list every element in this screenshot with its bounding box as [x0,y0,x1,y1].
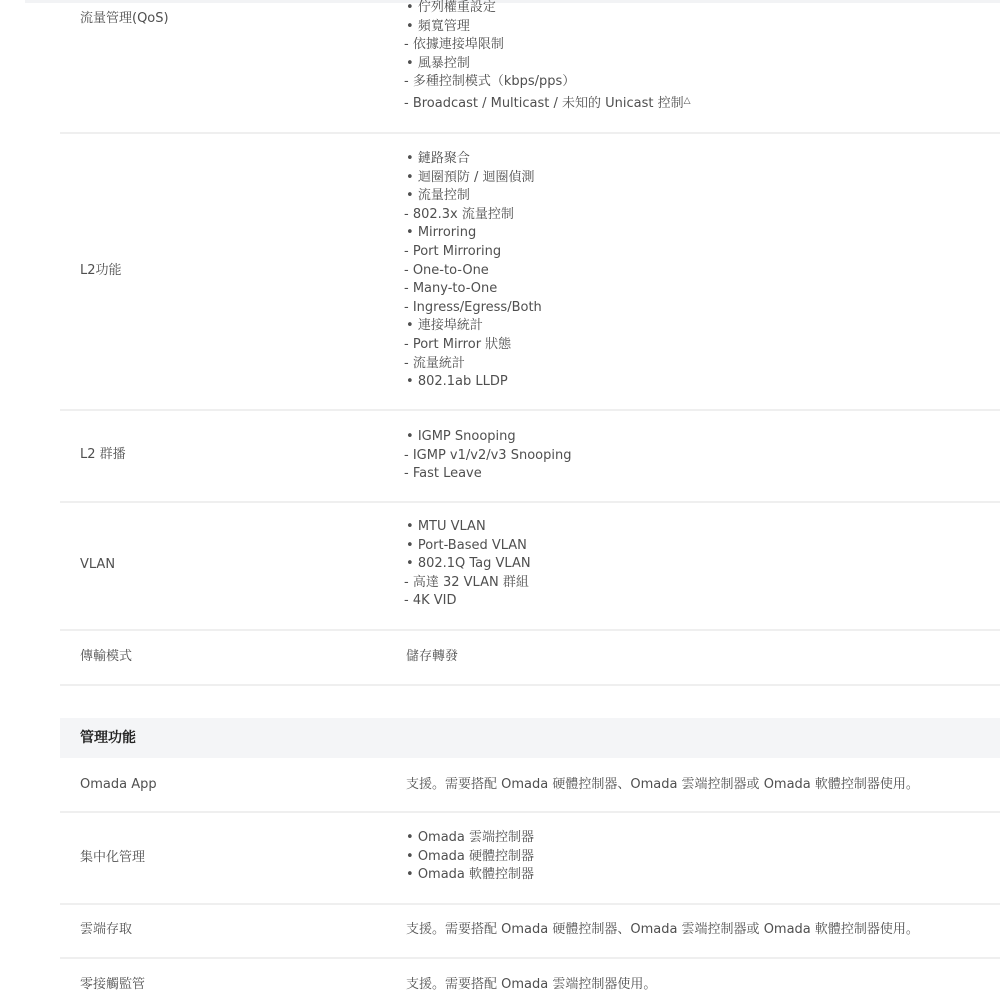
spec-row-vlan: VLAN MTU VLAN Port-Based VLAN 802.1Q Tag… [60,503,1000,631]
spec-value-list: Omada 雲端控制器 Omada 硬體控制器 Omada 軟體控制器 [406,829,534,885]
spec-row-zero-touch: 零接觸監管 支援。需要搭配 Omada 雲端控制器使用。 [60,959,1000,1000]
spec-row-qos: 流量管理(QoS) 佇列權重設定 頻寬管理 依據連接埠限制 風暴控制 多種控制模… [60,0,1000,134]
spec-value: 支援。需要搭配 Omada 雲端控制器使用。 [406,976,656,995]
footnote-mark: △ [684,96,691,106]
spec-label: 流量管理(QoS) [80,10,169,28]
spec-value: 儲存轉發 [406,648,458,667]
list-item: 連接埠統計 [406,317,542,336]
spec-label: L2功能 [80,262,122,280]
spec-row-transfer-mode: 傳輸模式 儲存轉發 [60,631,1000,686]
list-item: 迴圈預防 / 迴圈偵測 [406,169,542,188]
list-item: 鏈路聚合 [406,150,542,169]
list-item: 佇列權重設定 [406,0,691,18]
list-item: 依據連接埠限制 [406,36,691,55]
list-item: Port Mirror 狀態 [406,336,542,355]
spec-page: 流量管理(QoS) 佇列權重設定 頻寬管理 依據連接埠限制 風暴控制 多種控制模… [0,0,1000,1000]
list-item: 風暴控制 [406,55,691,74]
spec-label: L2 群播 [80,446,126,464]
list-item: 流量統計 [406,355,542,374]
spec-value-list: 鏈路聚合 迴圈預防 / 迴圈偵測 流量控制 802.3x 流量控制 Mirror… [406,150,542,392]
list-item: Fast Leave [406,465,571,484]
list-item: MTU VLAN [406,518,531,537]
list-item: Mirroring [406,224,542,243]
spec-value-list: IGMP Snooping IGMP v1/v2/v3 Snooping Fas… [406,428,571,484]
list-item: 802.3x 流量控制 [406,206,542,225]
spec-label: 雲端存取 [80,921,132,939]
list-item: 802.1Q Tag VLAN [406,555,531,574]
list-item: Omada 軟體控制器 [406,866,534,885]
list-item: 4K VID [406,592,531,611]
list-item: Omada 硬體控制器 [406,848,534,867]
list-item: 流量控制 [406,187,542,206]
spec-label: 傳輸模式 [80,648,132,666]
list-item: 高達 32 VLAN 群組 [406,574,531,593]
list-item: Broadcast / Multicast / 未知的 Unicast 控制△ [406,92,691,114]
list-item: Port-Based VLAN [406,537,531,556]
spec-value: 支援。需要搭配 Omada 硬體控制器、Omada 雲端控制器或 Omada 軟… [406,921,919,940]
list-item: Many-to-One [406,280,542,299]
list-item: IGMP v1/v2/v3 Snooping [406,447,571,466]
list-item: IGMP Snooping [406,428,571,447]
spec-value-list: 佇列權重設定 頻寬管理 依據連接埠限制 風暴控制 多種控制模式（kbps/pps… [406,0,691,114]
list-item: 802.1ab LLDP [406,373,542,392]
spec-label: 集中化管理 [80,849,145,867]
section-header-management: 管理功能 [60,718,1000,758]
list-item: Omada 雲端控制器 [406,829,534,848]
spec-row-l2-multicast: L2 群播 IGMP Snooping IGMP v1/v2/v3 Snoopi… [60,411,1000,503]
spec-value: 支援。需要搭配 Omada 硬體控制器、Omada 雲端控制器或 Omada 軟… [406,776,919,795]
spec-row-centralized-management: 集中化管理 Omada 雲端控制器 Omada 硬體控制器 Omada 軟體控制… [60,813,1000,905]
section-title: 管理功能 [80,729,136,747]
spec-row-l2: L2功能 鏈路聚合 迴圈預防 / 迴圈偵測 流量控制 802.3x 流量控制 M… [60,134,1000,411]
spec-label: Omada App [80,776,157,794]
spec-label: VLAN [80,556,115,574]
spec-label: 零接觸監管 [80,976,145,994]
list-item: 多種控制模式（kbps/pps） [406,73,691,92]
spec-value-list: MTU VLAN Port-Based VLAN 802.1Q Tag VLAN… [406,518,531,611]
list-item: Port Mirroring [406,243,542,262]
spec-row-omada-app: Omada App 支援。需要搭配 Omada 硬體控制器、Omada 雲端控制… [60,758,1000,813]
spec-row-cloud-access: 雲端存取 支援。需要搭配 Omada 硬體控制器、Omada 雲端控制器或 Om… [60,905,1000,959]
list-item-text: Broadcast / Multicast / 未知的 Unicast 控制 [413,96,684,111]
list-item: 頻寬管理 [406,18,691,37]
list-item: Ingress/Egress/Both [406,299,542,318]
list-item: One-to-One [406,262,542,281]
